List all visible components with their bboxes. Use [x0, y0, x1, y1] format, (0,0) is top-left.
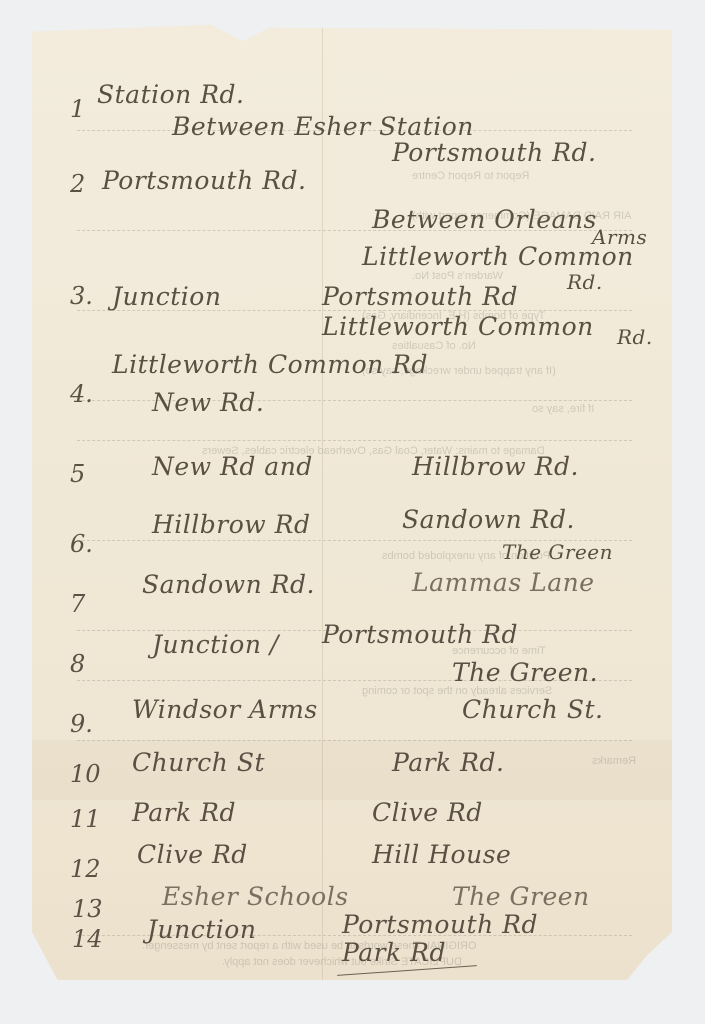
entry-from: Hillbrow Rd	[152, 510, 310, 539]
entry-from: Littleworth Common Rd	[112, 350, 428, 379]
bleed-text: If fire, say so	[532, 403, 594, 415]
entry-from: Park Rd	[132, 798, 236, 827]
entry-from: Junction	[112, 282, 221, 311]
entry-to-note: The Green	[502, 540, 613, 564]
entry-from: New Rd and	[152, 452, 313, 481]
entry-to: The Green	[452, 882, 590, 911]
entry-from: Junction	[147, 915, 256, 944]
entry-to-line2: Portsmouth Rd.	[392, 138, 596, 167]
entry-to: Hill House	[372, 840, 511, 869]
entry-number: 6.	[70, 530, 93, 558]
entry-to: Between Orleans	[372, 205, 597, 234]
bleed-text: Remarks	[592, 755, 636, 767]
entry-to: Clive Rd	[372, 798, 483, 827]
entry-number: 4.	[70, 380, 93, 408]
entry-number: 8	[70, 650, 85, 678]
entry-to-line3: Rd.	[567, 270, 603, 294]
entry-number: 3.	[70, 282, 93, 310]
entry-from: Clive Rd	[137, 840, 248, 869]
entry-to: Between Esher Station	[172, 112, 474, 141]
fold-band	[32, 740, 672, 800]
entry-number: 10	[70, 760, 101, 788]
entry-from: Church St	[132, 748, 265, 777]
entry-from: Esher Schools	[162, 882, 349, 911]
entry-from: Station Rd.	[97, 80, 245, 109]
entry-to: Hillbrow Rd.	[412, 452, 579, 481]
entry-number: 5	[70, 460, 85, 488]
entry-number: 14	[72, 925, 103, 953]
entry-to: Lammas Lane	[412, 568, 595, 597]
entry-number: 7	[70, 590, 85, 618]
entry-to-line3: Rd.	[617, 325, 653, 349]
entry-to: Portsmouth Rd	[342, 910, 538, 939]
rule-line	[77, 740, 632, 741]
entry-to: Portsmouth Rd	[322, 282, 518, 311]
entry-number: 12	[70, 855, 101, 883]
entry-from: Sandown Rd.	[142, 570, 315, 599]
entry-to-line2: The Green.	[452, 658, 598, 687]
entry-to: Portsmouth Rd	[322, 620, 518, 649]
entry-to: Church St.	[462, 695, 603, 724]
bleed-text: Report to Report Centre	[412, 170, 529, 182]
entry-to: Sandown Rd.	[402, 505, 575, 534]
paper-sheet: Report to Report Centre AIR RAID DAMAGE …	[32, 20, 672, 980]
entry-from: Windsor Arms	[132, 695, 318, 724]
entry-from: Portsmouth Rd.	[102, 166, 306, 195]
entry-number: 9.	[70, 710, 93, 738]
fold-line-vertical	[322, 20, 323, 980]
entry-number: 13	[72, 895, 103, 923]
entry-to-line2: Park Rd	[342, 938, 446, 967]
entry-to: New Rd.	[152, 388, 264, 417]
entry-number: 11	[70, 805, 101, 833]
entry-to: Park Rd.	[392, 748, 504, 777]
bleed-text: Warden's Post No.	[412, 270, 503, 282]
entry-number: 1	[70, 95, 85, 123]
entry-to-line2: Littleworth Common	[362, 242, 634, 271]
rule-line	[77, 440, 632, 441]
entry-number: 2	[70, 170, 85, 198]
entry-to-line2: Littleworth Common	[322, 312, 594, 341]
entry-from: Junction /	[152, 630, 279, 659]
